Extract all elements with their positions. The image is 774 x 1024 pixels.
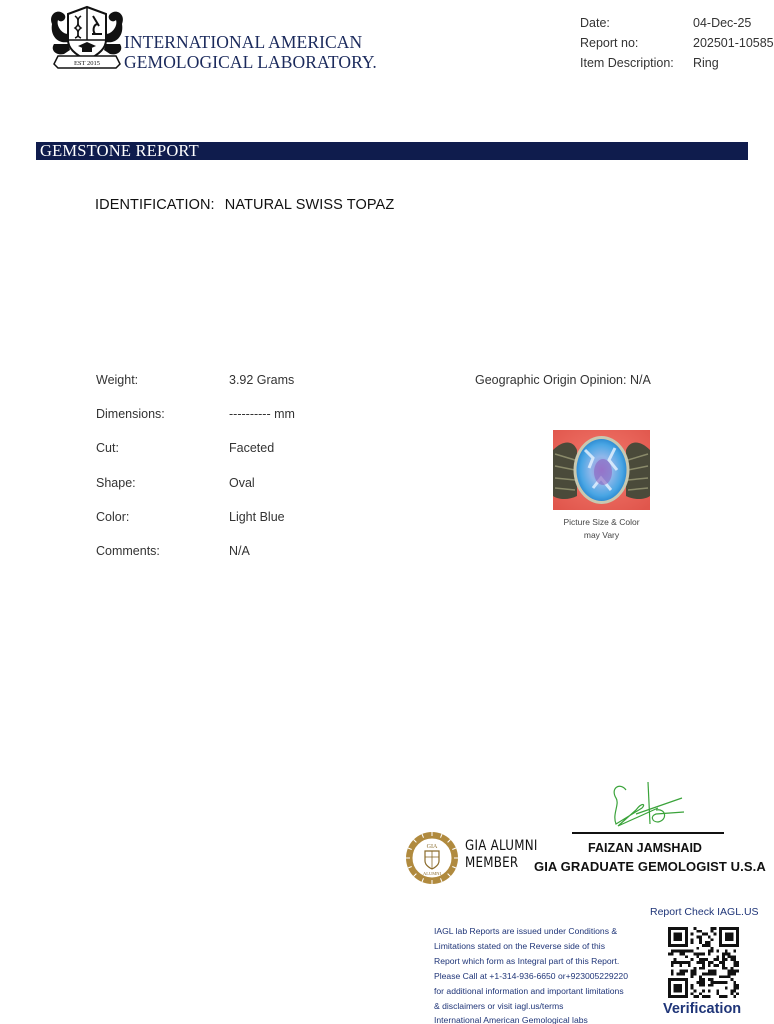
gia-line2: MEMBER bbox=[465, 855, 538, 872]
disclaimer-line: International American Gemological labs bbox=[434, 1013, 659, 1024]
photo-caption-line2: may Vary bbox=[540, 529, 663, 542]
report-meta: Date: 04-Dec-25 Report no: 202501-10585 … bbox=[580, 13, 774, 73]
report-no-value: 202501-10585 bbox=[693, 33, 774, 53]
attribute-label: Weight: bbox=[96, 373, 229, 407]
lab-crest-logo: EST 2015 bbox=[48, 4, 126, 72]
verification-label: Verification bbox=[663, 1001, 741, 1017]
gem-attributes: Weight: 3.92 Grams Dimensions: ---------… bbox=[96, 373, 295, 578]
meta-row-report-no: Report no: 202501-10585 bbox=[580, 33, 774, 53]
qr-code-icon bbox=[668, 927, 739, 998]
attribute-row-color: Color: Light Blue bbox=[96, 510, 295, 544]
lab-name-line2: GEMOLOGICAL LABORATORY. bbox=[124, 52, 377, 72]
attribute-value: Faceted bbox=[229, 441, 274, 475]
disclaimer: IAGL lab Reports are issued under Condit… bbox=[434, 924, 659, 1024]
attribute-value: 3.92 Grams bbox=[229, 373, 294, 407]
attribute-row-dimensions: Dimensions: ---------- mm bbox=[96, 407, 295, 441]
report-banner: GEMSTONE REPORT bbox=[36, 142, 748, 160]
signer-name: FAIZAN JAMSHAID bbox=[575, 841, 715, 855]
lab-name: INTERNATIONAL AMERICAN GEMOLOGICAL LABOR… bbox=[124, 32, 377, 72]
disclaimer-line: IAGL lab Reports are issued under Condit… bbox=[434, 924, 659, 939]
photo-caption: Picture Size & Color may Vary bbox=[540, 516, 663, 542]
photo-caption-line1: Picture Size & Color bbox=[540, 516, 663, 529]
crest-logo-icon: EST 2015 bbox=[48, 4, 126, 72]
gia-alumni-member-text: GIA ALUMNI MEMBER bbox=[465, 838, 538, 872]
report-check-link[interactable]: Report Check IAGL.US bbox=[650, 906, 759, 918]
attribute-value: ---------- mm bbox=[229, 407, 295, 441]
signature-icon bbox=[606, 780, 686, 832]
attribute-label: Color: bbox=[96, 510, 229, 544]
attribute-label: Shape: bbox=[96, 476, 229, 510]
meta-row-item-description: Item Description: Ring bbox=[580, 53, 774, 73]
gia-seal-icon: GIA ALUMNI bbox=[405, 831, 459, 885]
item-description-label: Item Description: bbox=[580, 53, 693, 73]
meta-row-date: Date: 04-Dec-25 bbox=[580, 13, 774, 33]
attribute-label: Cut: bbox=[96, 441, 229, 475]
report-title: GEMSTONE REPORT bbox=[40, 141, 199, 161]
geographic-origin: Geographic Origin Opinion: N/A bbox=[475, 373, 651, 387]
signature bbox=[606, 780, 686, 832]
gia-line1: GIA ALUMNI bbox=[465, 838, 538, 855]
attribute-label: Dimensions: bbox=[96, 407, 229, 441]
disclaimer-line: Report which form as Integral part of th… bbox=[434, 954, 659, 969]
signature-line bbox=[572, 832, 724, 834]
attribute-label: Comments: bbox=[96, 544, 229, 578]
identification-label: IDENTIFICATION: bbox=[95, 197, 215, 213]
date-value: 04-Dec-25 bbox=[693, 13, 751, 33]
svg-text:GIA: GIA bbox=[427, 844, 438, 850]
signer-title: GIA GRADUATE GEMOLOGIST U.S.A bbox=[534, 859, 766, 874]
identification-value: NATURAL SWISS TOPAZ bbox=[225, 197, 395, 213]
gia-alumni-seal: GIA ALUMNI bbox=[405, 831, 459, 885]
gemstone-ring-photo bbox=[553, 430, 650, 510]
attribute-row-weight: Weight: 3.92 Grams bbox=[96, 373, 295, 407]
svg-text:ALUMNI: ALUMNI bbox=[423, 871, 441, 876]
svg-text:EST 2015: EST 2015 bbox=[74, 60, 100, 67]
lab-name-line1: INTERNATIONAL AMERICAN bbox=[124, 32, 377, 52]
disclaimer-line: & disclaimers or visit iagl.us/terms bbox=[434, 999, 659, 1014]
attribute-row-shape: Shape: Oval bbox=[96, 476, 295, 510]
attribute-row-comments: Comments: N/A bbox=[96, 544, 295, 578]
attribute-value: N/A bbox=[229, 544, 250, 578]
attribute-value: Light Blue bbox=[229, 510, 285, 544]
item-description-value: Ring bbox=[693, 53, 719, 73]
identification: IDENTIFICATION: NATURAL SWISS TOPAZ bbox=[95, 197, 394, 213]
disclaimer-line: Limitations stated on the Reverse side o… bbox=[434, 939, 659, 954]
date-label: Date: bbox=[580, 13, 693, 33]
verification-qr-code[interactable] bbox=[668, 927, 739, 998]
attribute-row-cut: Cut: Faceted bbox=[96, 441, 295, 475]
disclaimer-line: for additional information and important… bbox=[434, 984, 659, 999]
attribute-value: Oval bbox=[229, 476, 255, 510]
report-no-label: Report no: bbox=[580, 33, 693, 53]
disclaimer-line: Please Call at +1-314-936-6650 or+923005… bbox=[434, 969, 659, 984]
